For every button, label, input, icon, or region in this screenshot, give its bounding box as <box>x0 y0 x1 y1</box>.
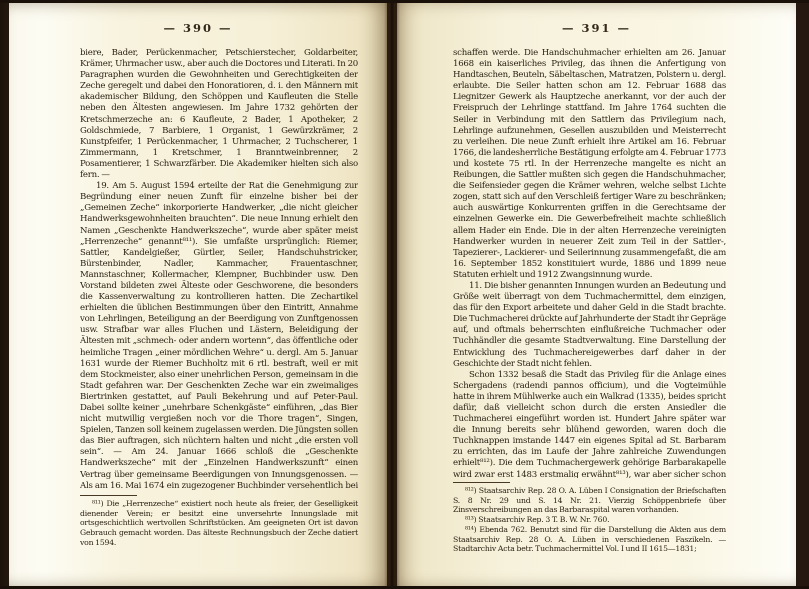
paragraph: biere, Bader, Perückenmacher, Petschiers… <box>80 48 358 181</box>
book-gutter-shadow <box>384 0 400 589</box>
paragraph: schaffen werde. Die Handschuhmacher erhi… <box>453 48 726 281</box>
footnote-rule <box>80 495 137 496</box>
footnotes-right: ⁸¹²) Staatsarchiv Rep. 28 O. A. Lüben I … <box>453 482 726 554</box>
footnote-rule <box>453 482 510 483</box>
page-body-left: biere, Bader, Perückenmacher, Petschiers… <box>80 48 358 490</box>
book-photo: — 390 — biere, Bader, Perückenmacher, Pe… <box>0 0 809 589</box>
book-page-left: — 390 — biere, Bader, Perückenmacher, Pe… <box>9 3 387 586</box>
footnotes-left: ⁸¹¹) Die „Herrenzeche“ existiert noch he… <box>80 495 358 548</box>
footnote: ⁸¹¹) Die „Herrenzeche“ existiert noch he… <box>80 499 358 548</box>
paragraph: 19. Am 5. August 1594 erteilte der Rat d… <box>80 181 358 490</box>
page-number-left: — 390 — <box>9 21 387 35</box>
photo-edge-top <box>0 0 809 3</box>
page-body-right: schaffen werde. Die Handschuhmacher erhi… <box>453 48 726 478</box>
footnote: ⁸¹⁴) Ebenda 762. Benutzt sind für die Da… <box>453 525 726 554</box>
footnote: ⁸¹²) Staatsarchiv Rep. 28 O. A. Lüben I … <box>453 486 726 515</box>
footnote: ⁸¹³) Staatsarchiv Rep. 3 T. B. W. Nr. 76… <box>453 515 726 525</box>
paragraph: 11. Die bisher genannten Innungen wurden… <box>453 281 726 370</box>
page-number-right: — 391 — <box>397 21 796 35</box>
book-page-right: — 391 — schaffen werde. Die Handschuhmac… <box>397 3 796 586</box>
paragraph: Schon 1332 besaß die Stadt das Privileg … <box>453 370 726 478</box>
